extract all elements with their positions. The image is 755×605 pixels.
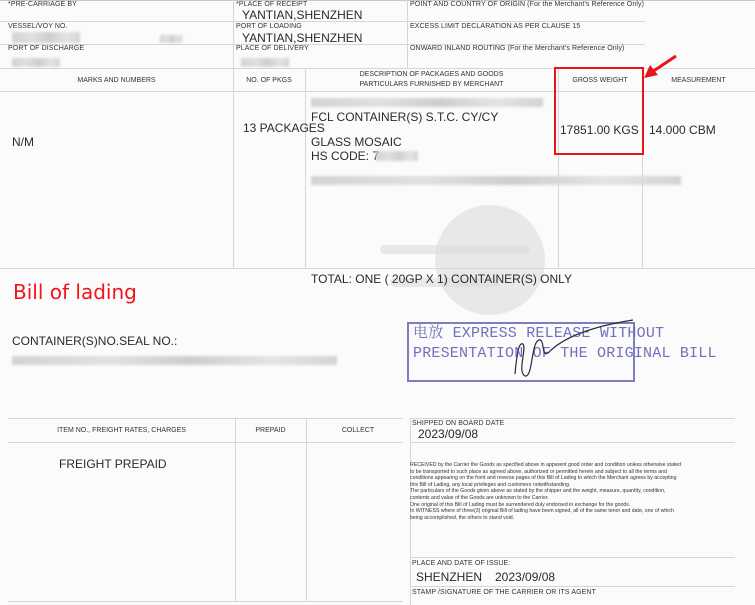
desc-hs-code: HS CODE: 7 [311, 149, 379, 163]
place-date-issue-label: PLACE AND DATE OF ISSUE: [412, 560, 510, 567]
redacted-packing-statement [311, 176, 681, 185]
terms-line: being accomplished, the others to stand … [410, 515, 750, 522]
vessel-label: VESSEL/VOY NO. [8, 23, 68, 30]
redacted-shipper-line [311, 98, 543, 107]
terms-line: In WITNESS where of three(3) original Bi… [410, 508, 750, 515]
terms-line: RECEIVED by the Carrier the Goods as spe… [410, 462, 750, 469]
divider [410, 586, 735, 587]
freight-prepaid-value: FREIGHT PREPAID [59, 457, 167, 471]
arrow-icon [640, 52, 680, 82]
col-description-line2: PARTICULARS FURNISHED BY MERCHANT [305, 81, 558, 88]
terms-line: to be transported to such place as agree… [410, 469, 750, 476]
place-of-delivery-label: PLACE OF DELIVERY [236, 45, 309, 52]
col-prepaid: PREPAID [235, 427, 306, 434]
divider [410, 442, 735, 443]
desc-goods: GLASS MOSAIC [311, 135, 402, 149]
redacted-port-of-discharge [12, 58, 60, 67]
redacted-place-of-delivery [241, 58, 289, 67]
terms-line: this Bill of Lading, any local privilege… [410, 482, 750, 489]
onward-routing-label: ONWARD INLAND ROUTING (For the Merchant'… [410, 45, 625, 52]
divider [410, 557, 735, 558]
redacted-hs-code [376, 151, 418, 161]
col-marks: MARKS AND NUMBERS [0, 77, 233, 84]
redacted-vessel [12, 32, 80, 43]
carrier-stamp-label: STAMP /SIGNATURE OF THE CARRIER OR ITS A… [412, 589, 596, 596]
pre-carriage-label: *PRE-CARRIAGE BY [8, 1, 77, 8]
col-pkgs: NO. OF PKGS [233, 77, 305, 84]
issue-date: 2023/09/08 [495, 570, 555, 584]
issue-place: SHENZHEN [416, 570, 482, 584]
divider [233, 0, 234, 268]
port-of-discharge-label: PORT OF DISCHARGE [8, 45, 84, 52]
divider [407, 0, 408, 68]
terms-line: One original of this Bill of Lading must… [410, 502, 750, 509]
excess-limit-label: EXCESS LIMIT DECLARATION AS PER CLAUSE 1… [410, 23, 580, 30]
col-freight-item: ITEM NO., FREIGHT RATES, CHARGES [8, 427, 235, 434]
marks-value: N/M [12, 135, 34, 149]
divider [8, 418, 403, 419]
terms-line: conditions appearing on the front and re… [410, 475, 750, 482]
terms-line: contents and value of the Goods are unkn… [410, 495, 750, 502]
watermark-logo [435, 205, 545, 315]
total-containers: TOTAL: ONE ( 20GP X 1) CONTAINER(S) ONLY [311, 272, 572, 286]
measurement-value: 14.000 CBM [649, 123, 716, 137]
place-of-receipt-value: YANTIAN,SHENZHEN [242, 8, 362, 22]
desc-container: FCL CONTAINER(S) S.T.C. CY/CY [311, 110, 498, 124]
terms-text: RECEIVED by the Carrier the Goods as spe… [410, 462, 750, 521]
gross-weight-highlight [554, 67, 644, 155]
redacted-container-number [12, 356, 337, 365]
divider [8, 601, 403, 602]
divider [235, 418, 236, 601]
redacted-voyage [160, 35, 182, 43]
shipped-on-board-date: 2023/09/08 [418, 427, 478, 441]
shipped-on-board-label: SHIPPED ON BOARD DATE [412, 420, 504, 427]
divider [306, 418, 307, 601]
container-seal-label: CONTAINER(S)NO.SEAL NO.: [12, 334, 177, 348]
col-description-line1: DESCRIPTION OF PACKAGES AND GOODS [305, 71, 558, 78]
signature-scribble [505, 312, 645, 392]
origin-label: POINT AND COUNTRY OF ORIGIN (For the Mer… [410, 1, 644, 8]
divider [8, 442, 403, 443]
terms-line: The particulars of the Goods given above… [410, 488, 750, 495]
port-of-loading-label: PORT OF LOADING [236, 23, 302, 30]
port-of-loading-value: YANTIAN,SHENZHEN [242, 31, 362, 45]
place-of-receipt-label: *PLACE OF RECEIPT [236, 1, 307, 8]
divider [0, 268, 755, 269]
watermark-stripe [380, 245, 530, 254]
divider [305, 68, 306, 268]
bill-of-lading-title: Bill of lading [13, 280, 137, 304]
divider [410, 418, 735, 419]
col-collect: COLLECT [306, 427, 410, 434]
